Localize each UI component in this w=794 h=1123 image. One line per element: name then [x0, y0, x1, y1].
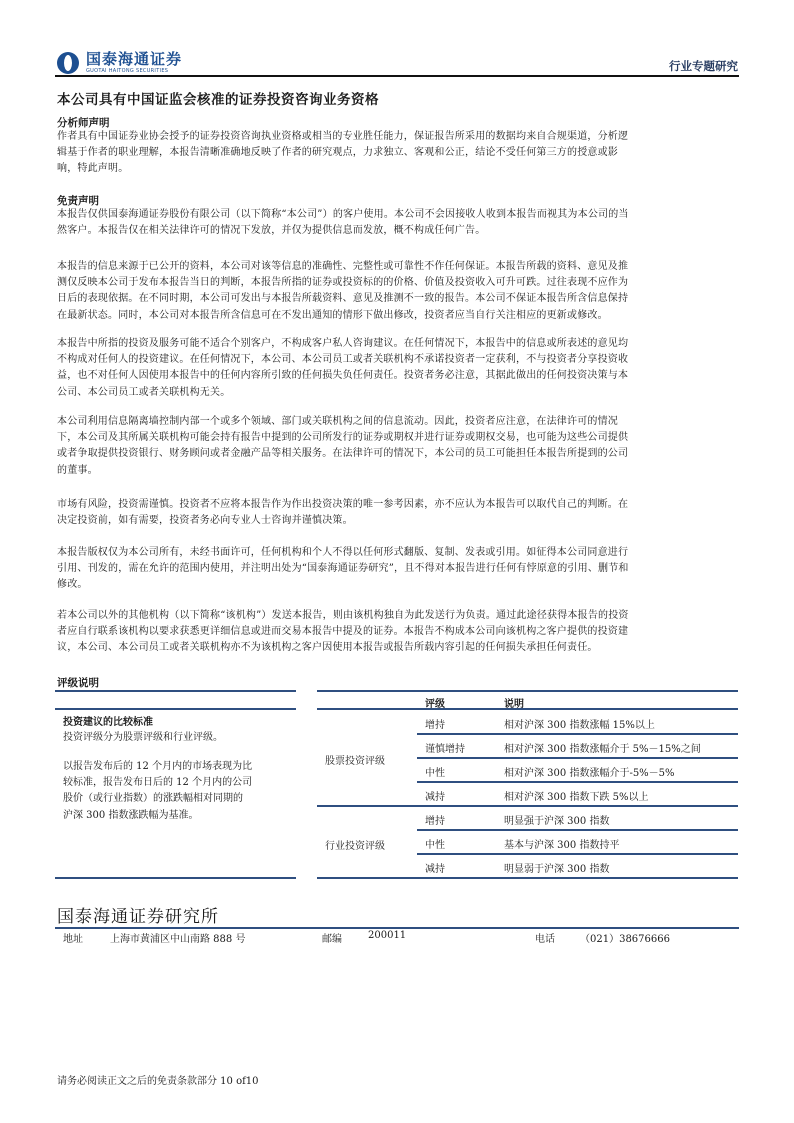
page-footer-note: 请务必阅读正文之后的免责条款部分 10 of10 [57, 1072, 259, 1087]
divider [55, 708, 296, 710]
institute-divider [55, 927, 739, 929]
disclaimer-paragraph: 本报告中所指的投资及服务可能不适合个别客户，不构成客户私人咨询建议。在任何情况下… [57, 336, 741, 401]
text-line: 沪深 300 指数涨跌幅为基准。 [63, 808, 252, 824]
institute-name: 国泰海通证券研究所 [57, 902, 219, 927]
text-line: 日后的表现依据。在不同时期，本公司可发出与本报告所载资料、意见及推测不一致的报告… [57, 291, 741, 307]
table-header-rule [317, 708, 738, 710]
text-line: 益，也不对任何人因使用本报告中的任何内容所引致的任何损失负任何责任。投资者务必注… [57, 368, 741, 384]
disclaimer-paragraph: 市场有风险，投资需谨慎。投资者不应将本报告作为作出投资决策的唯一参考因素，亦不应… [57, 497, 741, 529]
text-line: 辑基于作者的职业理解，本报告清晰准确地反映了作者的研究观点，力求独立、客观和公正… [57, 145, 741, 161]
disclaimer-paragraph: 若本公司以外的其他机构（以下简称“该机构”）发送本报告，则由该机构独自为此发送行… [57, 608, 741, 657]
header-divider [55, 75, 739, 77]
main-title: 本公司具有中国证监会核准的证券投资咨询业务资格 [57, 88, 379, 108]
text-line: 议，本公司、本公司员工或者关联机构亦不为该机构之客户因使用本报告或报告所载内容引… [57, 640, 741, 656]
text-line: 引用、刊发的，需在允许的范围内使用，并注明出处为“国泰海通证券研究”，且不得对本… [57, 561, 741, 577]
text-line: 下，本公司及其所属关联机构可能会持有报告中提到的公司所发行的证券或期权并进行证券… [57, 430, 741, 446]
logo-name-en: GUOTAI HAITONG SECURITIES [86, 69, 182, 74]
table-cell-rating: 中性 [425, 764, 445, 779]
analyst-statement-heading: 分析师声明 [57, 115, 110, 130]
text-line: 的董事。 [57, 463, 741, 479]
address-label: 地址 [63, 930, 83, 945]
text-line: 较标准，报告发布日后的 12 个月内的公司 [63, 775, 252, 791]
table-cell-desc: 明显强于沪深 300 指数 [504, 812, 609, 827]
text-line: 以报告发布后的 12 个月内的市场表现为比 [63, 759, 252, 775]
row-divider [417, 757, 738, 759]
group-label-industry: 行业投资评级 [325, 837, 385, 852]
logo-mark-icon [57, 52, 79, 74]
disclaimer-paragraph: 本公司利用信息隔离墙控制内部一个或多个领域、部门或关联机构之间的信息流动。因此，… [57, 414, 741, 479]
analyst-statement-body: 作者具有中国证券业协会授予的证券投资咨询执业资格或相当的专业胜任能力，保证报告所… [57, 129, 741, 178]
table-cell-rating: 中性 [425, 836, 445, 851]
comparison-standard-text: 以报告发布后的 12 个月内的市场表现为比 较标准，报告发布日后的 12 个月内… [63, 759, 252, 824]
text-line: 在最新状态。同时，本公司对本报告所含信息可在不发出通知的情形下做出修改，投资者应… [57, 308, 741, 324]
table-bottom-rule [317, 877, 738, 879]
postcode-label: 邮编 [322, 930, 342, 945]
group-label-stock: 股票投资评级 [325, 752, 385, 767]
divider [55, 877, 296, 879]
text-line: 本报告的信息来源于已公开的资料，本公司对该等信息的准确性、完整性或可靠性不作任何… [57, 259, 741, 275]
text-line: 然客户。本报告仅在相关法律许可的情况下发放，并仅为提供信息而发放，概不构成任何广… [57, 223, 741, 239]
row-divider [417, 853, 738, 855]
text-line: 者应自行联系该机构以要求获悉更详细信息或进而交易本报告中提及的证券。本报告不构成… [57, 624, 741, 640]
group-divider [317, 805, 738, 807]
phone-label: 电话 [535, 930, 555, 945]
table-cell-rating: 谨慎增持 [425, 740, 465, 755]
table-top-rule [317, 690, 738, 692]
table-cell-desc: 相对沪深 300 指数涨幅 15%以上 [504, 716, 655, 731]
text-line: 不构成对任何人的投资建议。在任何情况下，本公司、本公司员工或者关联机构不承诺投资… [57, 352, 741, 368]
text-line: 本报告版权仅为本公司所有，未经书面许可，任何机构和个人不得以任何形式翻版、复制、… [57, 545, 741, 561]
table-cell-rating: 增持 [425, 812, 445, 827]
text-line: 本公司利用信息隔离墙控制内部一个或多个领域、部门或关联机构之间的信息流动。因此，… [57, 414, 741, 430]
table-cell-desc: 明显弱于沪深 300 指数 [504, 860, 609, 875]
text-line: 本报告中所指的投资及服务可能不适合个别客户，不构成客户私人咨询建议。在任何情况下… [57, 336, 741, 352]
address-value: 上海市黄浦区中山南路 888 号 [110, 930, 245, 945]
text-line: 响，特此声明。 [57, 161, 741, 177]
divider [55, 690, 296, 692]
text-line: 本报告仅供国泰海通证券股份有限公司（以下简称“本公司”）的客户使用。本公司不会因… [57, 207, 741, 223]
report-type: 行业专题研究 [669, 58, 738, 74]
logo-name-cn: 国泰海通证券 [86, 52, 182, 67]
disclaimer-paragraph: 本报告仅供国泰海通证券股份有限公司（以下简称“本公司”）的客户使用。本公司不会因… [57, 207, 741, 239]
comparison-standard-title: 投资建议的比较标准 [63, 713, 153, 728]
disclaimer-paragraph: 本报告的信息来源于已公开的资料，本公司对该等信息的准确性、完整性或可靠性不作任何… [57, 259, 741, 324]
text-line: 作者具有中国证券业协会授予的证券投资咨询执业资格或相当的专业胜任能力，保证报告所… [57, 129, 741, 145]
rating-heading: 评级说明 [57, 675, 99, 690]
text-line: 市场有风险，投资需谨慎。投资者不应将本报告作为作出投资决策的唯一参考因素，亦不应… [57, 497, 741, 513]
postcode-value: 200011 [368, 930, 406, 941]
table-cell-desc: 相对沪深 300 指数涨幅介于-5%－5% [504, 764, 675, 779]
table-cell-rating: 减持 [425, 788, 445, 803]
text-line: 公司、本公司员工或者关联机构无关。 [57, 385, 741, 401]
text-line: 若本公司以外的其他机构（以下简称“该机构”）发送本报告，则由该机构独自为此发送行… [57, 608, 741, 624]
row-divider [417, 781, 738, 783]
table-cell-rating: 增持 [425, 716, 445, 731]
text-line: 测仅反映本公司于发布本报告当日的判断，本报告所指的证券或投资标的的价格、价值及投… [57, 275, 741, 291]
row-divider [417, 829, 738, 831]
table-cell-desc: 相对沪深 300 指数涨幅介于 5%－15%之间 [504, 740, 701, 755]
company-logo: 国泰海通证券 GUOTAI HAITONG SECURITIES [57, 50, 182, 76]
table-cell-desc: 相对沪深 300 指数下跌 5%以上 [504, 788, 649, 803]
disclaimer-heading: 免责声明 [57, 193, 99, 208]
text-line: 或者争取提供投资银行、财务顾问或者金融产品等相关服务。在法律许可的情况下，本公司… [57, 446, 741, 462]
rating-types-text: 投资评级分为股票评级和行业评级。 [63, 728, 223, 743]
table-cell-desc: 基本与沪深 300 指数持平 [504, 836, 619, 851]
row-divider [417, 733, 738, 735]
table-cell-rating: 减持 [425, 860, 445, 875]
text-line: 修改。 [57, 577, 741, 593]
text-line: 决定投资前，如有需要，投资者务必向专业人士咨询并谨慎决策。 [57, 513, 741, 529]
text-line: 股价（或行业指数）的涨跌幅相对同期的 [63, 791, 252, 807]
disclaimer-paragraph: 本报告版权仅为本公司所有，未经书面许可，任何机构和个人不得以任何形式翻版、复制、… [57, 545, 741, 594]
phone-value: （021）38676666 [580, 930, 670, 945]
